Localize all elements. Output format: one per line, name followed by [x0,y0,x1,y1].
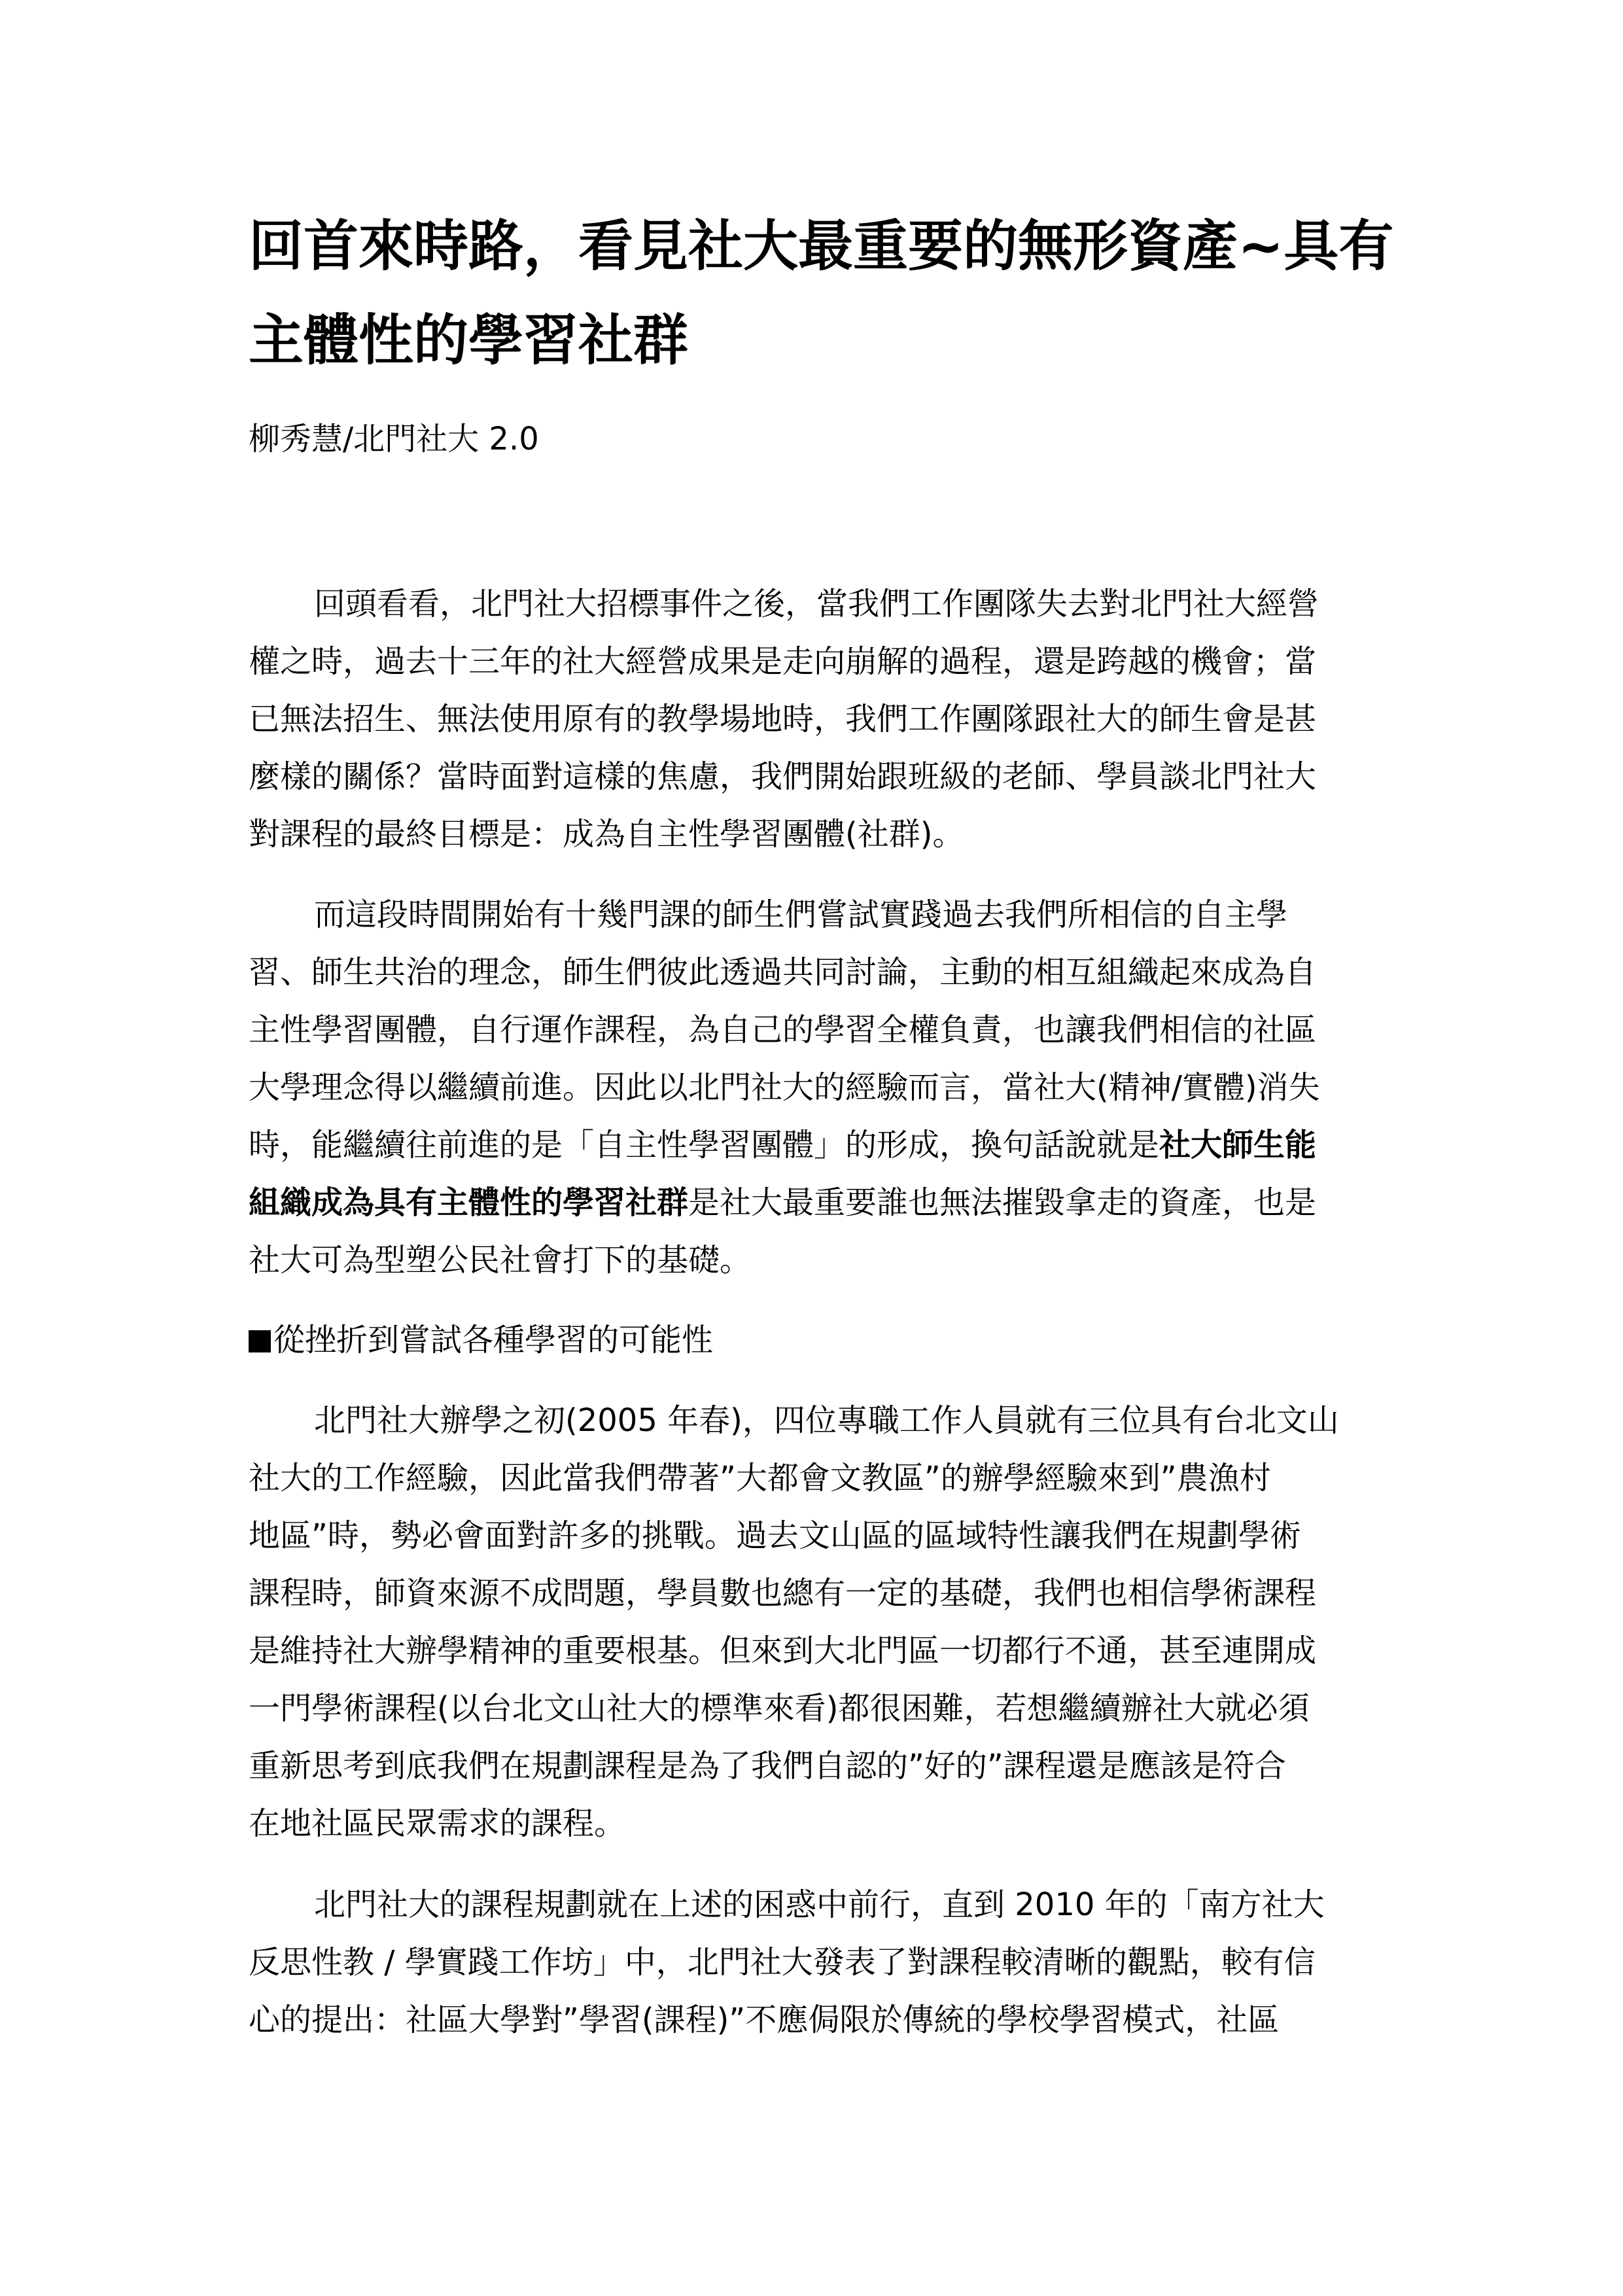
paragraph-line: 反思性教 / 學實踐工作坊」中，北門社大發表了對課程較清晰的觀點，較有信 [249,1934,1361,1991]
paragraph-line: 地區”時，勢必會面對許多的挑戰。過去文山區的區域特性讓我們在規劃學術 [249,1507,1361,1564]
text-run: 課程時，師資來源不成問題，學員數也總有一定的基礎，我們也相信學術課程 [249,1575,1316,1612]
text-run: 北門社大的課程規劃就在上述的困惑中前行，直到 2010 年的「南方社大 [314,1886,1325,1923]
text-run: 回頭看看，北門社大招標事件之後，當我們工作團隊失去對北門社大經營 [314,586,1319,622]
text-run: 對課程的最終目標是：成為自主性學習團體(社群)。 [249,816,964,853]
text-run: 地區”時，勢必會面對許多的挑戰。過去文山區的區域特性讓我們在規劃學術 [249,1517,1301,1554]
paragraph-line: 社大可為型塑公民社會打下的基礎。 [249,1231,1361,1289]
paragraph-line: 權之時，過去十三年的社大經營成果是走向崩解的過程，還是跨越的機會；當 [249,633,1361,690]
title-line-2: 主體性的學習社群 [249,293,1361,387]
text-run: 已無法招生、無法使用原有的教學場地時，我們工作團隊跟社大的師生會是甚 [249,701,1316,737]
paragraph-line: 社大的工作經驗，因此當我們帶著”大都會文教區”的辦學經驗來到”農漁村 [249,1449,1361,1507]
paragraph-line: 北門社大的課程規劃就在上述的困惑中前行，直到 2010 年的「南方社大 [249,1876,1361,1934]
paragraph-line: 大學理念得以繼續前進。因此以北門社大的經驗而言，當社大(精神/實體)消失 [249,1059,1361,1116]
text-run: 而這段時間開始有十幾門課的師生們嘗試實踐過去我們所相信的自主學 [314,896,1287,933]
square-bullet-icon [249,1330,271,1352]
text-run: 北門社大辦學之初(2005 年春)，四位專職工作人員就有三位具有台北文山 [314,1402,1339,1439]
text-run: 是社大最重要誰也無法摧毀拿走的資產，也是 [688,1184,1316,1221]
title-line-1: 回首來時路，看見社大最重要的無形資產~具有 [249,199,1361,293]
paragraph-line: 主性學習團體，自行運作課程，為自己的學習全權負責，也讓我們相信的社區 [249,1001,1361,1059]
paragraph-line: 在地社區民眾需求的課程。 [249,1795,1361,1852]
paragraph-line: 習、師生共治的理念，師生們彼此透過共同討論，主動的相互組織起來成為自 [249,944,1361,1001]
document-title: 回首來時路，看見社大最重要的無形資產~具有 主體性的學習社群 [249,199,1361,387]
text-run: 麼樣的關係？當時面對這樣的焦慮，我們開始跟班級的老師、學員談北門社大 [249,758,1316,795]
paragraph-4: 北門社大的課程規劃就在上述的困惑中前行，直到 2010 年的「南方社大 反思性教… [249,1876,1361,2049]
text-run: 在地社區民眾需求的課程。 [249,1805,625,1842]
document-page: 回首來時路，看見社大最重要的無形資產~具有 主體性的學習社群 柳秀慧/北門社大 … [0,0,1623,2296]
paragraph-3: 北門社大辦學之初(2005 年春)，四位專職工作人員就有三位具有台北文山 社大的… [249,1392,1361,1852]
paragraph-line: 一門學術課程(以台北文山社大的標準來看)都很困難，若想繼續辦社大就必須 [249,1680,1361,1737]
text-run: 時，能繼續往前進的是「自主性學習團體」的形成，換句話說就是 [249,1127,1159,1163]
section-heading-text: 從挫折到嘗試各種學習的可能性 [273,1322,713,1358]
text-run: 權之時，過去十三年的社大經營成果是走向崩解的過程，還是跨越的機會；當 [249,643,1316,680]
text-run: 一門學術課程(以台北文山社大的標準來看)都很困難，若想繼續辦社大就必須 [249,1690,1309,1727]
text-run: 重新思考到底我們在規劃課程是為了我們自認的”好的”課程還是應該是符合 [249,1748,1286,1784]
paragraph-line: 對課程的最終目標是：成為自主性學習團體(社群)。 [249,805,1361,863]
text-run: 社大可為型塑公民社會打下的基礎。 [249,1242,751,1279]
text-run: 大學理念得以繼續前進。因此以北門社大的經驗而言，當社大(精神/實體)消失 [249,1069,1320,1106]
text-run: 是維持社大辦學精神的重要根基。但來到大北門區一切都行不通，甚至連開成 [249,1633,1316,1669]
text-run: 社大的工作經驗，因此當我們帶著”大都會文教區”的辦學經驗來到”農漁村 [249,1460,1271,1496]
paragraph-line: 課程時，師資來源不成問題，學員數也總有一定的基礎，我們也相信學術課程 [249,1564,1361,1622]
section-heading: 從挫折到嘗試各種學習的可能性 [249,1311,1361,1369]
paragraph-line: 時，能繼續往前進的是「自主性學習團體」的形成，換句話說就是社大師生能 [249,1116,1361,1174]
paragraph-1: 回頭看看，北門社大招標事件之後，當我們工作團隊失去對北門社大經營 權之時，過去十… [249,575,1361,863]
paragraph-line: 組織成為具有主體性的學習社群是社大最重要誰也無法摧毀拿走的資產，也是 [249,1174,1361,1231]
emphasis-text: 社大師生能 [1159,1127,1316,1163]
text-run: 習、師生共治的理念，師生們彼此透過共同討論，主動的相互組織起來成為自 [249,954,1316,991]
paragraph-line: 北門社大辦學之初(2005 年春)，四位專職工作人員就有三位具有台北文山 [249,1392,1361,1449]
paragraph-line: 心的提出：社區大學對”學習(課程)”不應侷限於傳統的學校學習模式，社區 [249,1991,1361,2049]
paragraph-line: 已無法招生、無法使用原有的教學場地時，我們工作團隊跟社大的師生會是甚 [249,690,1361,748]
emphasis-text: 組織成為具有主體性的學習社群 [249,1184,688,1221]
text-run: 主性學習團體，自行運作課程，為自己的學習全權負責，也讓我們相信的社區 [249,1012,1316,1048]
paragraph-line: 回頭看看，北門社大招標事件之後，當我們工作團隊失去對北門社大經營 [249,575,1361,633]
author-byline: 柳秀慧/北門社大 2.0 [249,410,1361,468]
text-run: 反思性教 / 學實踐工作坊」中，北門社大發表了對課程較清晰的觀點，較有信 [249,1944,1316,1981]
paragraph-line: 重新思考到底我們在規劃課程是為了我們自認的”好的”課程還是應該是符合 [249,1737,1361,1795]
paragraph-line: 而這段時間開始有十幾門課的師生們嘗試實踐過去我們所相信的自主學 [249,886,1361,944]
text-run: 心的提出：社區大學對”學習(課程)”不應侷限於傳統的學校學習模式，社區 [249,2002,1279,2038]
paragraph-line: 是維持社大辦學精神的重要根基。但來到大北門區一切都行不通，甚至連開成 [249,1622,1361,1680]
paragraph-line: 麼樣的關係？當時面對這樣的焦慮，我們開始跟班級的老師、學員談北門社大 [249,748,1361,805]
paragraph-2: 而這段時間開始有十幾門課的師生們嘗試實踐過去我們所相信的自主學 習、師生共治的理… [249,886,1361,1289]
